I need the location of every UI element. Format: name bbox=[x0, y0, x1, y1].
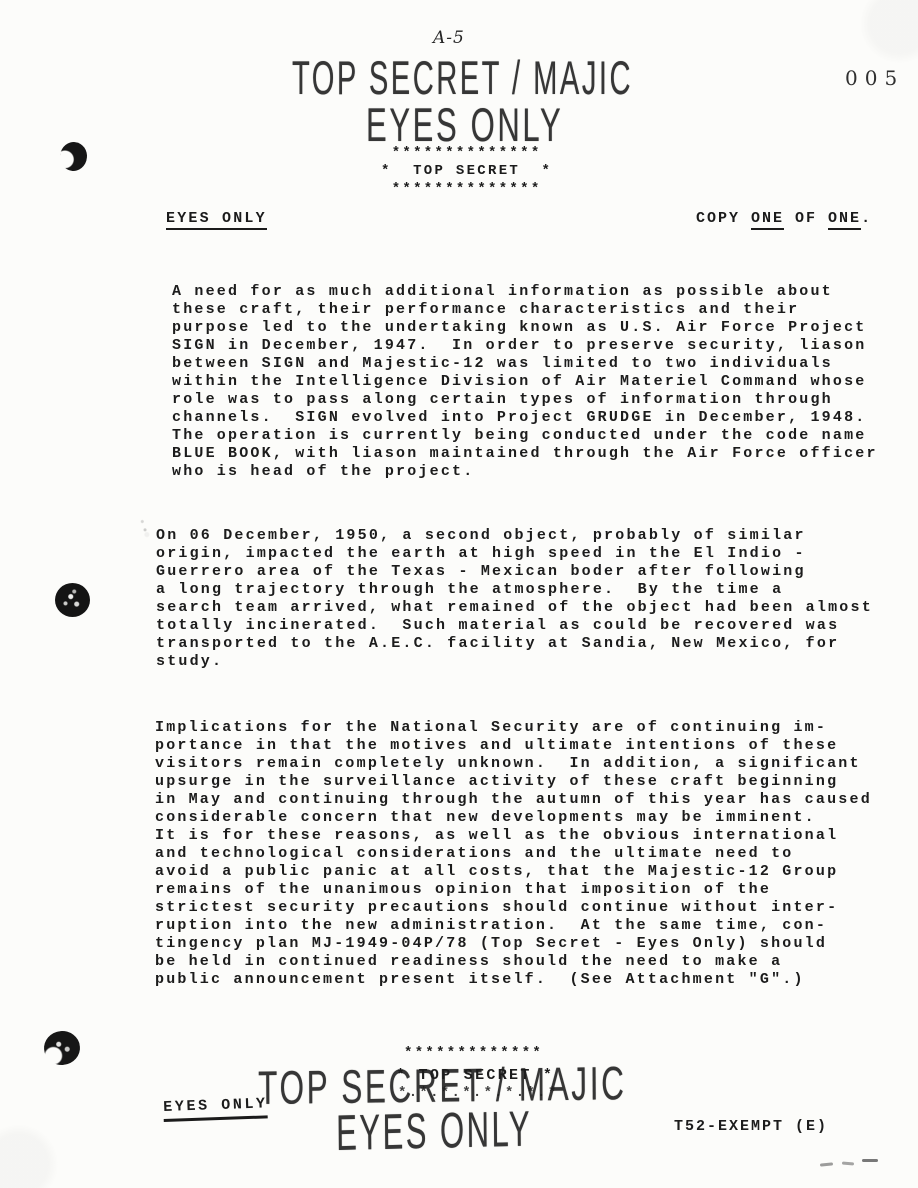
footer-eyes-only-typed: EYES ONLY bbox=[163, 1095, 268, 1116]
copy-period: . bbox=[861, 210, 872, 227]
footer-asterisk-line-bottom: *.*.*.*.*.*.*.* bbox=[398, 1085, 559, 1101]
eyes-only-header-text: EYES ONLY bbox=[166, 210, 267, 230]
page-number: 005 bbox=[845, 66, 904, 90]
copy-of: OF bbox=[784, 210, 828, 227]
hole-punch-mark bbox=[58, 140, 89, 172]
classification-box: ************** * TOP SECRET * **********… bbox=[381, 144, 552, 198]
hole-punch-mark bbox=[42, 1029, 81, 1067]
paragraph-project-sign: A need for as much additional informatio… bbox=[172, 283, 878, 481]
footer-eyes-only-stamp: EYES ONLY bbox=[336, 1100, 532, 1162]
copy-prefix: COPY bbox=[696, 210, 751, 227]
copy-one-first: ONE bbox=[751, 210, 784, 230]
paragraph-national-security: Implications for the National Security a… bbox=[155, 719, 872, 989]
document-page: A-5 TOP SECRET / MAJIC 005 EYES ONLY ***… bbox=[0, 0, 918, 1188]
eyes-only-header: EYES ONLY bbox=[166, 210, 267, 227]
hole-punch-mark bbox=[55, 583, 90, 617]
footer-typed-top-secret: * TOP SECRET * bbox=[396, 1067, 554, 1084]
footer-eyes-only-text: EYES ONLY bbox=[163, 1095, 268, 1122]
corner-pencil-marks bbox=[820, 1156, 890, 1172]
copy-one-second: ONE bbox=[828, 210, 861, 230]
paragraph-el-indio-crash: On 06 December, 1950, a second object, p… bbox=[156, 527, 873, 671]
copy-number-line: COPY ONE OF ONE. bbox=[696, 210, 872, 227]
footer-exemption-code: T52-EXEMPT (E) bbox=[674, 1118, 828, 1135]
handwritten-annotation: A-5 bbox=[433, 28, 465, 48]
